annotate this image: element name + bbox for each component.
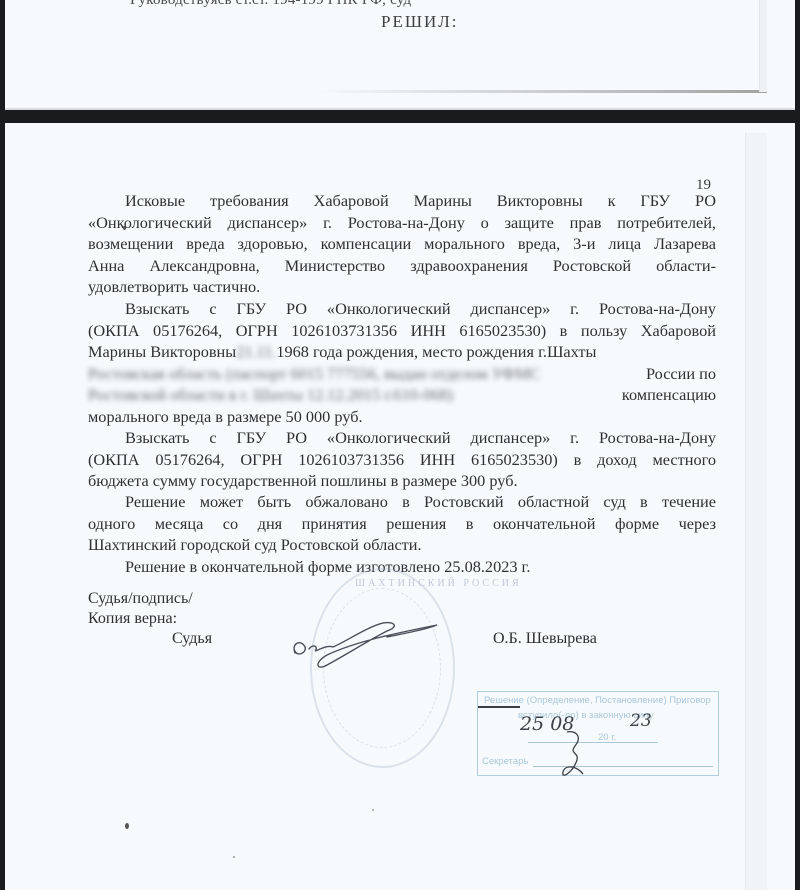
handwritten-year: 23 (630, 711, 652, 731)
document-page-previous: Руководствуясь ст.ст. 194-199 ГПК РФ, су… (5, 0, 795, 110)
judge-signature-label: Судья/подпись/ (88, 590, 193, 608)
text-line: (ОКПА 05176264, ОГРН 1026103731356 ИНН 6… (88, 449, 716, 471)
handwritten-dash (478, 706, 520, 708)
handwritten-initial-icon (553, 728, 593, 783)
paragraph-claims: Исковые требования Хабаровой Марины Викт… (88, 190, 716, 298)
text-line: одного месяца со дня принятия решения в … (88, 513, 716, 535)
text-line: бюджета сумму государственной пошлины в … (88, 470, 716, 492)
birth-info: 21.11.1968 года рождения, место рождения… (236, 341, 716, 363)
text-line: Марины Викторовны 21.11.1968 года рожден… (88, 341, 716, 363)
judge-name: О.Б. Шевырева (493, 630, 597, 648)
birth-text: 1968 года рождения, место рождения г.Шах… (276, 342, 596, 361)
paragraph-compensation: Взыскать с ГБУ РО «Онкологический диспан… (88, 298, 716, 427)
text-fragment: России по (646, 363, 716, 385)
stamp-line: Решение (Определение, Постановление) При… (484, 695, 711, 706)
text-fragment: компенсацию (622, 384, 716, 406)
stamp-line: Секретарь (482, 756, 528, 767)
text-line: Взыскать с ГБУ РО «Онкологический диспан… (88, 427, 716, 449)
text-line-redacted: Ростовская область (паспорт 6015 777556,… (88, 363, 716, 385)
signature-scribble-icon (287, 613, 447, 673)
redacted-issuer: Ростовской области в г. Шахты 12.12.2015… (88, 384, 453, 406)
redacted-birthdate: 21.11. (236, 342, 276, 361)
text-line: Взыскать с ГБУ РО «Онкологический диспан… (88, 298, 716, 320)
judge-label: Судья (172, 630, 212, 648)
plaintiff-name: Марины Викторовны (88, 341, 236, 363)
text-line: Решение может быть обжаловано в Ростовск… (88, 491, 716, 513)
document-page-current: 19 Исковые требования Хабаровой Марины В… (5, 123, 795, 890)
text-line: Шахтинский городской суд Ростовской обла… (88, 534, 716, 556)
court-seal-text: ШАХТИНСКИЙ РОССИЯ (355, 578, 522, 589)
page-edge (759, 0, 767, 92)
redacted-passport: Ростовская область (паспорт 6015 777556,… (88, 363, 540, 385)
section-heading-resolved: РЕШИЛ: (381, 12, 459, 32)
paragraph-appeal: Решение может быть обжаловано в Ростовск… (88, 491, 716, 556)
text-line: удовлетворить частично. (88, 276, 716, 298)
text-line: «Онкологический диспансер» г. Ростова-на… (88, 212, 716, 234)
scan-speck (123, 226, 126, 230)
text-line: морального вреда в размере 50 000 руб. (88, 406, 716, 428)
copy-true-label: Копия верна: (88, 610, 177, 628)
page-edge (745, 133, 767, 890)
text-line: (ОКПА 05176264, ОГРН 1026103731356 ИНН 6… (88, 320, 716, 342)
page-shadow (315, 90, 767, 93)
scan-speck (372, 809, 374, 811)
stamp-underline (528, 742, 658, 743)
text-line-redacted: Ростовской области в г. Шахты 12.12.2015… (88, 384, 716, 406)
text-line: возмещении вреда здоровью, компенсации м… (88, 233, 716, 255)
cut-off-text-line: Руководствуясь ст.ст. 194-199 ГПК РФ, су… (130, 0, 411, 9)
text-line: Анна Александровна, Министерство здравоо… (88, 255, 716, 277)
legal-force-stamp: Решение (Определение, Постановление) При… (477, 691, 719, 776)
paragraph-state-fee: Взыскать с ГБУ РО «Онкологический диспан… (88, 427, 716, 492)
text-line: Исковые требования Хабаровой Марины Викт… (88, 190, 716, 212)
scan-speck (233, 856, 235, 858)
scan-speck (125, 823, 129, 829)
